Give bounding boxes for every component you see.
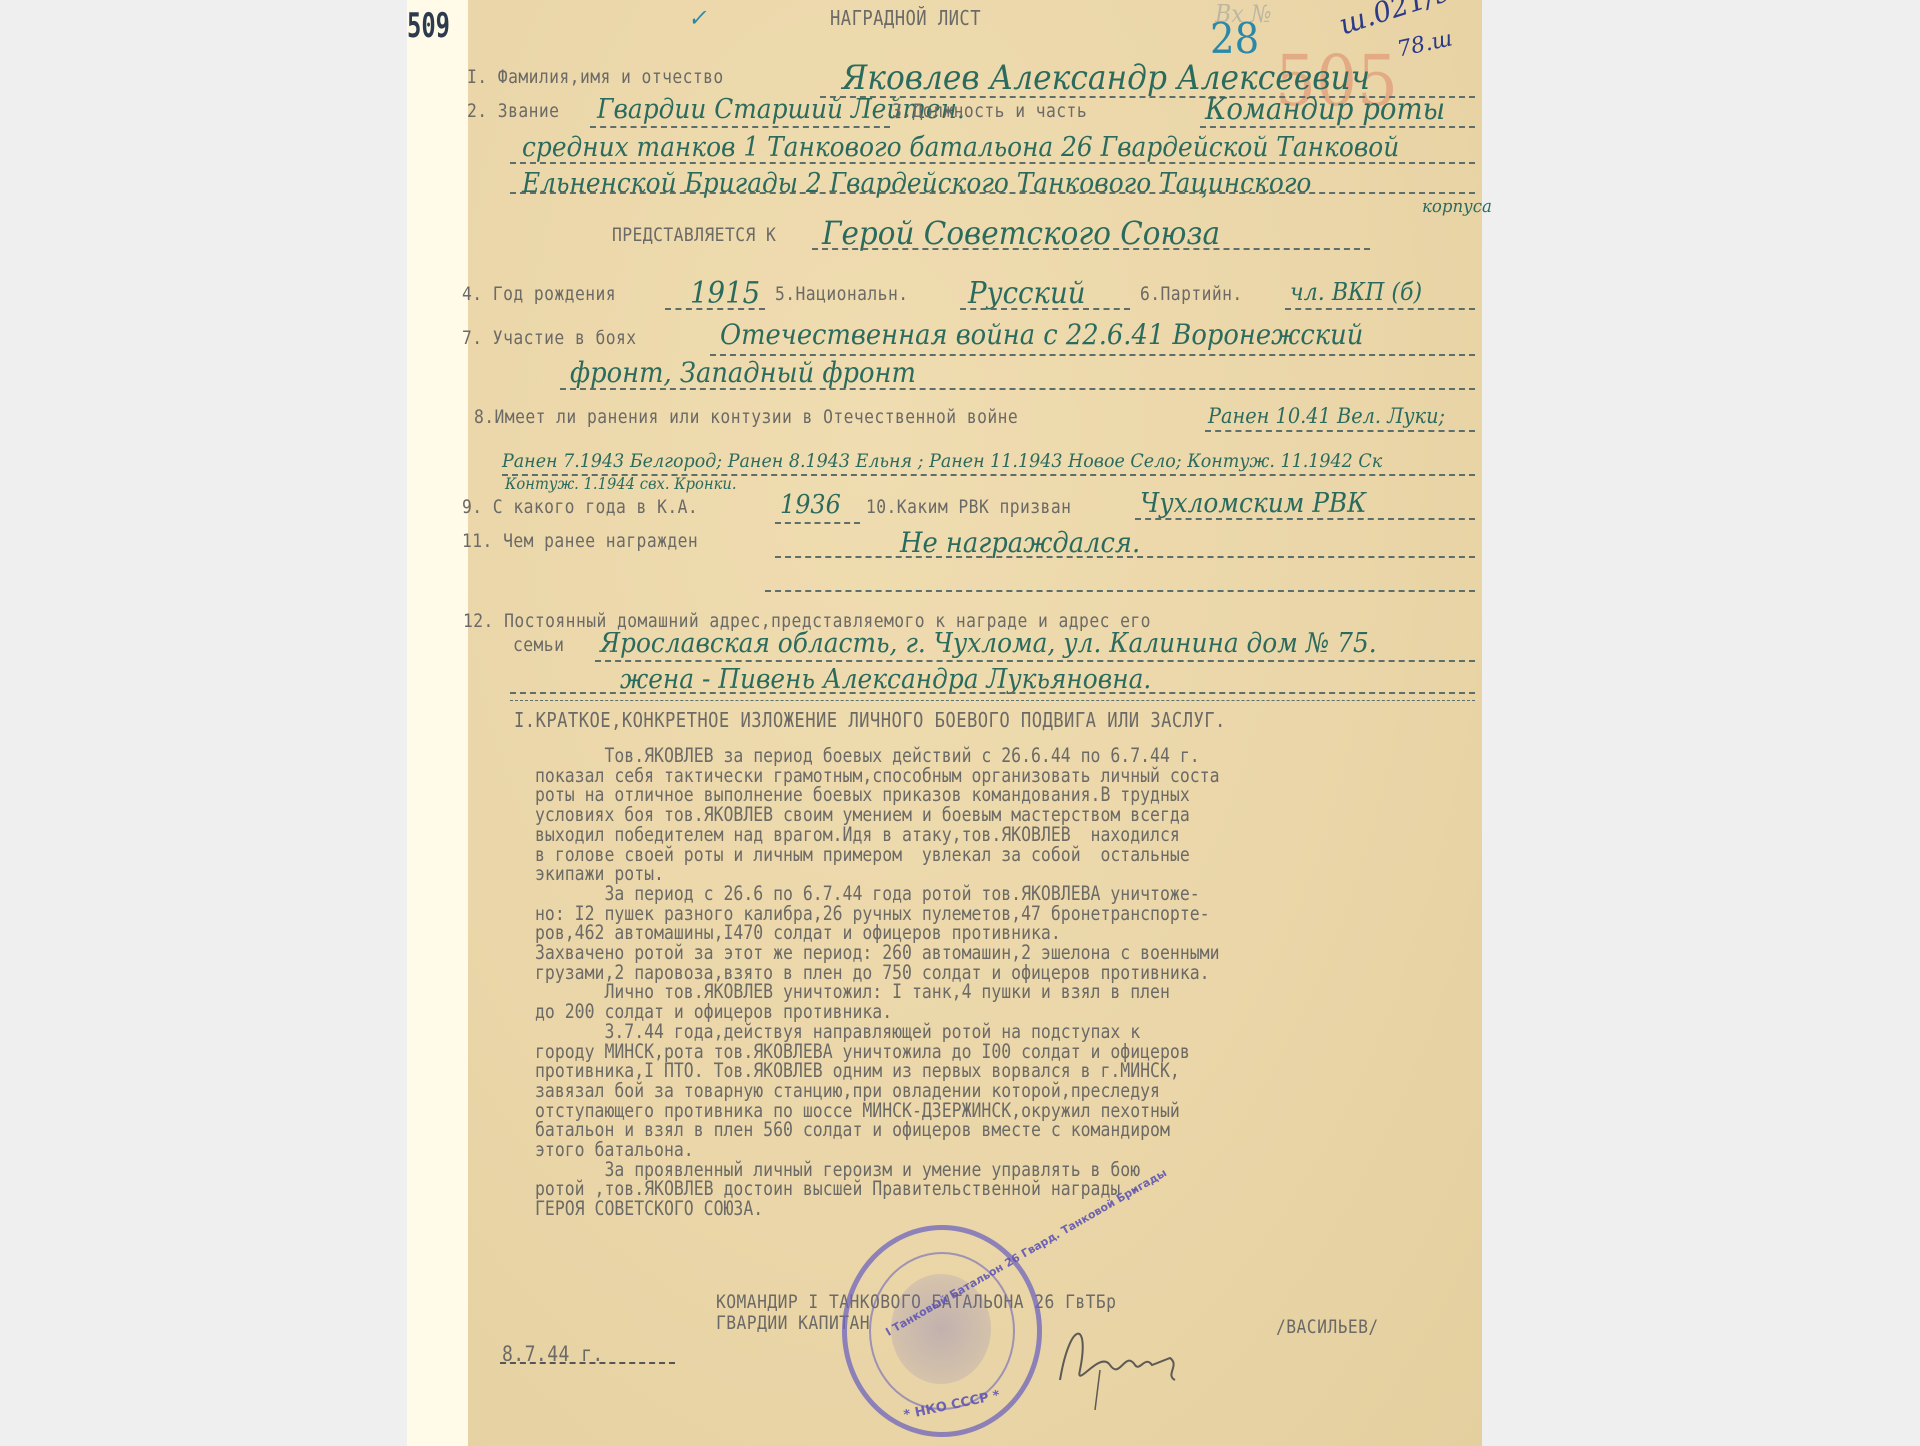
- field-8-value-line3: Контуж. 1.1944 свх. Кронки.: [505, 474, 737, 493]
- field-4-underline: [665, 308, 765, 310]
- official-stamp: I Танковый Батальон 26 Гвард. Танковой Б…: [842, 1225, 1042, 1437]
- field-3-underline-3: [510, 192, 1475, 194]
- field-3-underline-2: [510, 162, 1475, 164]
- field-6-value: чл. ВКП (б): [1290, 278, 1422, 306]
- field-12-value-line2: жена - Пивень Александра Лукьяновна.: [620, 664, 1151, 695]
- field-10-value: Чухломским РВК: [1140, 488, 1366, 519]
- field-11-value: Не награждался.: [900, 526, 1140, 559]
- field-3-value-line4: корпуса: [1422, 196, 1492, 217]
- field-9-label: 9. С какого года в К.А.: [462, 496, 698, 518]
- field-7-value-line1: Отечественная война с 22.6.41 Воронежски…: [720, 318, 1363, 351]
- date-underline: [500, 1362, 675, 1364]
- field-11-underline-1: [775, 556, 1475, 558]
- field-5-label: 5.Национальн.: [775, 283, 908, 305]
- section-separator: [510, 700, 1475, 701]
- field-8-label: 8.Имеет ли ранения или контузии в Отечес…: [474, 406, 1018, 428]
- field-11-label: 11. Чем ранее награжден: [462, 530, 698, 552]
- archive-number: 509: [407, 6, 450, 46]
- field-2-label: 2. Звание: [467, 100, 559, 122]
- signature-scribble: [1040, 1310, 1200, 1410]
- field-8-value-line1: Ранен 10.41 Вел. Луки;: [1208, 404, 1445, 428]
- field-9-underline: [775, 522, 860, 524]
- field-12-underline-1: [595, 660, 1475, 662]
- field-2-underline: [590, 126, 890, 128]
- narrative-text: Тов.ЯКОВЛЕВ за период боевых действий с …: [535, 746, 1220, 1219]
- field-3-value-line2: средних танков 1 Танкового батальона 26 …: [522, 132, 1399, 163]
- signatory-name: /ВАСИЛЬЕВ/: [1276, 1316, 1379, 1338]
- field-8-underline-1: [1205, 430, 1475, 432]
- field-12-underline-2: [510, 692, 1475, 694]
- field-3-value-line1: Командир роты: [1205, 92, 1445, 127]
- white-margin-strip: [407, 0, 468, 1446]
- nominated-underline: [812, 248, 1370, 250]
- field-10-label: 10.Каким РВК призван: [866, 496, 1071, 518]
- section-heading: I.КРАТКОЕ,КОНКРЕТНОЕ ИЗЛОЖЕНИЕ ЛИЧНОГО Б…: [514, 708, 1226, 732]
- field-11-underline-2: [765, 590, 1475, 592]
- field-7-label: 7. Участие в боях: [462, 327, 637, 349]
- field-1-label: I. Фамилия,имя и отчество: [467, 66, 724, 88]
- field-4-value: 1915: [690, 276, 760, 311]
- field-7-underline-2: [560, 388, 1475, 390]
- field-7-value-line2: фронт, Западный фронт: [570, 356, 916, 389]
- document-title: НАГРАДНОЙ ЛИСТ: [830, 6, 981, 30]
- field-5-value: Русский: [968, 276, 1086, 311]
- field-12-label-line2: семьи: [513, 634, 564, 656]
- nominated-value: Герой Советского Союза: [822, 214, 1220, 252]
- field-3-label: 3.Должность и часть: [892, 100, 1087, 122]
- number-28: 28: [1210, 14, 1259, 63]
- field-9-value: 1936: [780, 490, 841, 520]
- field-3-value-line3: Ельненской Бригады 2 Гвардейского Танков…: [522, 168, 1311, 199]
- field-10-underline: [1135, 518, 1475, 520]
- field-6-label: 6.Партийн.: [1140, 283, 1243, 305]
- field-3-underline-1: [1200, 126, 1475, 128]
- field-4-label: 4. Год рождения: [462, 283, 616, 305]
- field-5-underline: [960, 308, 1130, 310]
- check-mark: ✓: [688, 4, 707, 32]
- field-8-value-line2: Ранен 7.1943 Белгород; Ранен 8.1943 Ельн…: [502, 450, 1382, 472]
- field-12-value-line1: Ярославская область, г. Чухлома, ул. Кал…: [600, 628, 1377, 659]
- field-6-underline: [1285, 308, 1475, 310]
- nominated-label: ПРЕДСТАВЛЯЕТСЯ К: [612, 224, 776, 246]
